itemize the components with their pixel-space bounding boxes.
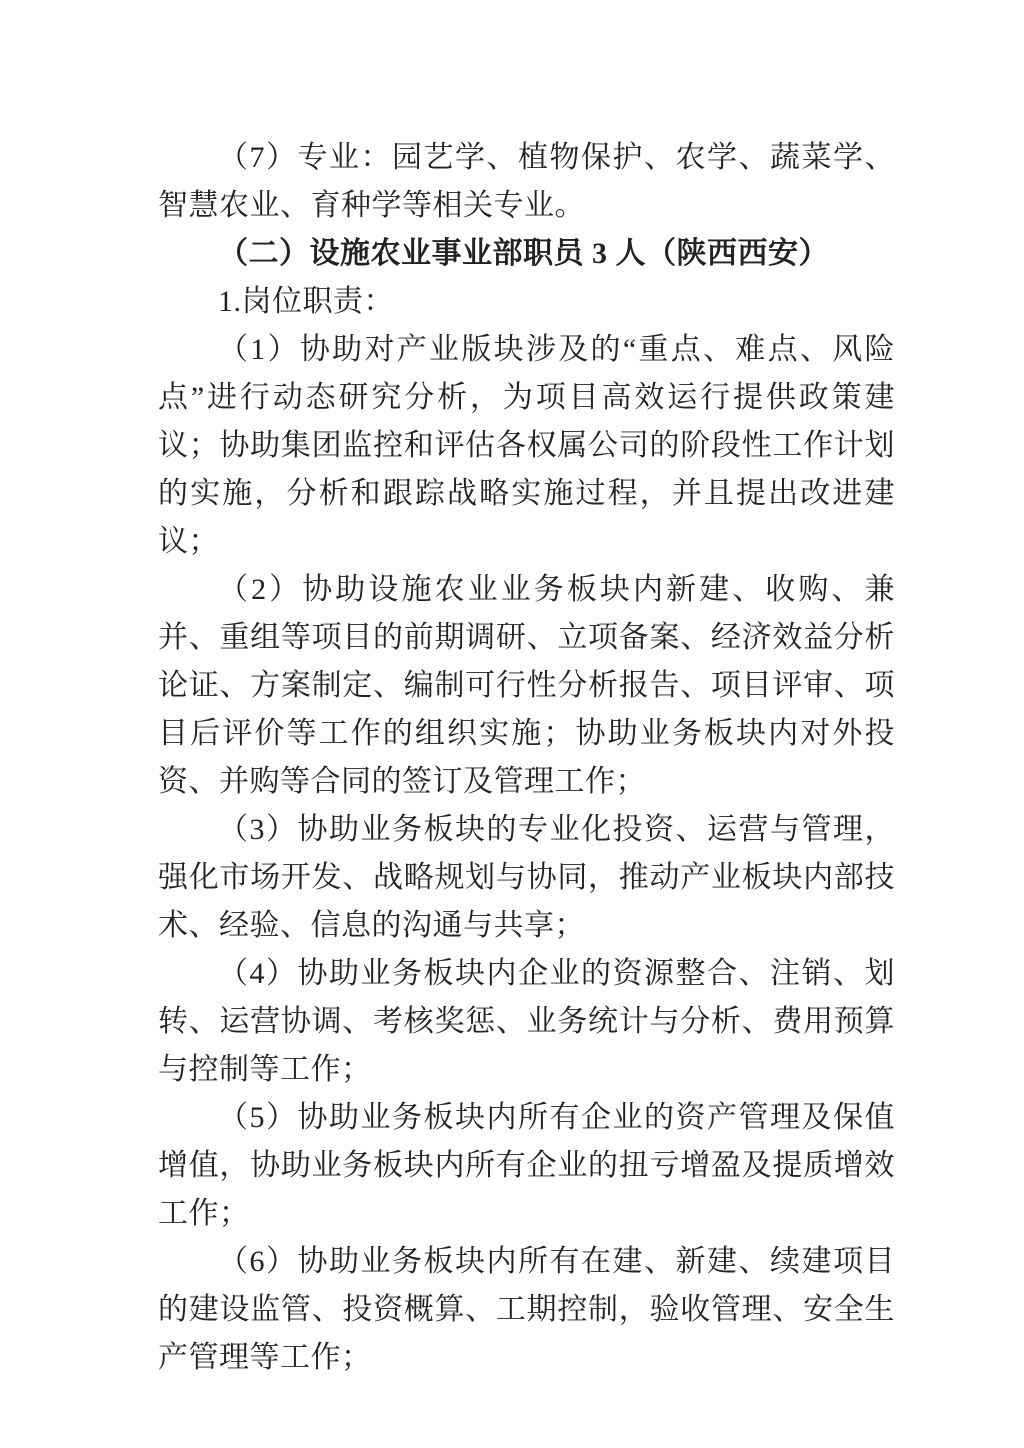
paragraph-item-7-majors: （7）专业：园艺学、植物保护、农学、蔬菜学、智慧农业、育种学等相关专业。 [158,134,895,230]
paragraph-duty-2: （2）协助设施农业业务板块内新建、收购、兼并、重组等项目的前期调研、立项备案、经… [158,566,895,806]
document-content: （7）专业：园艺学、植物保护、农学、蔬菜学、智慧农业、育种学等相关专业。 （二）… [158,134,895,1382]
paragraph-duty-3: （3）协助业务板块的专业化投资、运营与管理，强化市场开发、战略规划与协同，推动产… [158,806,895,950]
paragraph-duties-title: 1.岗位职责： [158,278,895,326]
section-heading: （二）设施农业事业部职员 3 人（陕西西安） [158,230,895,278]
paragraph-duty-1: （1）协助对产业版块涉及的“重点、难点、风险点”进行动态研究分析，为项目高效运行… [158,326,895,566]
paragraph-duty-6: （6）协助业务板块内所有在建、新建、续建项目的建设监管、投资概算、工期控制，验收… [158,1238,895,1382]
paragraph-duty-4: （4）协助业务板块内企业的资源整合、注销、划转、运营协调、考核奖惩、业务统计与分… [158,950,895,1094]
document-page: （7）专业：园艺学、植物保护、农学、蔬菜学、智慧农业、育种学等相关专业。 （二）… [0,0,1024,1448]
paragraph-duty-5: （5）协助业务板块内所有企业的资产管理及保值增值，协助业务板块内所有企业的扭亏增… [158,1094,895,1238]
